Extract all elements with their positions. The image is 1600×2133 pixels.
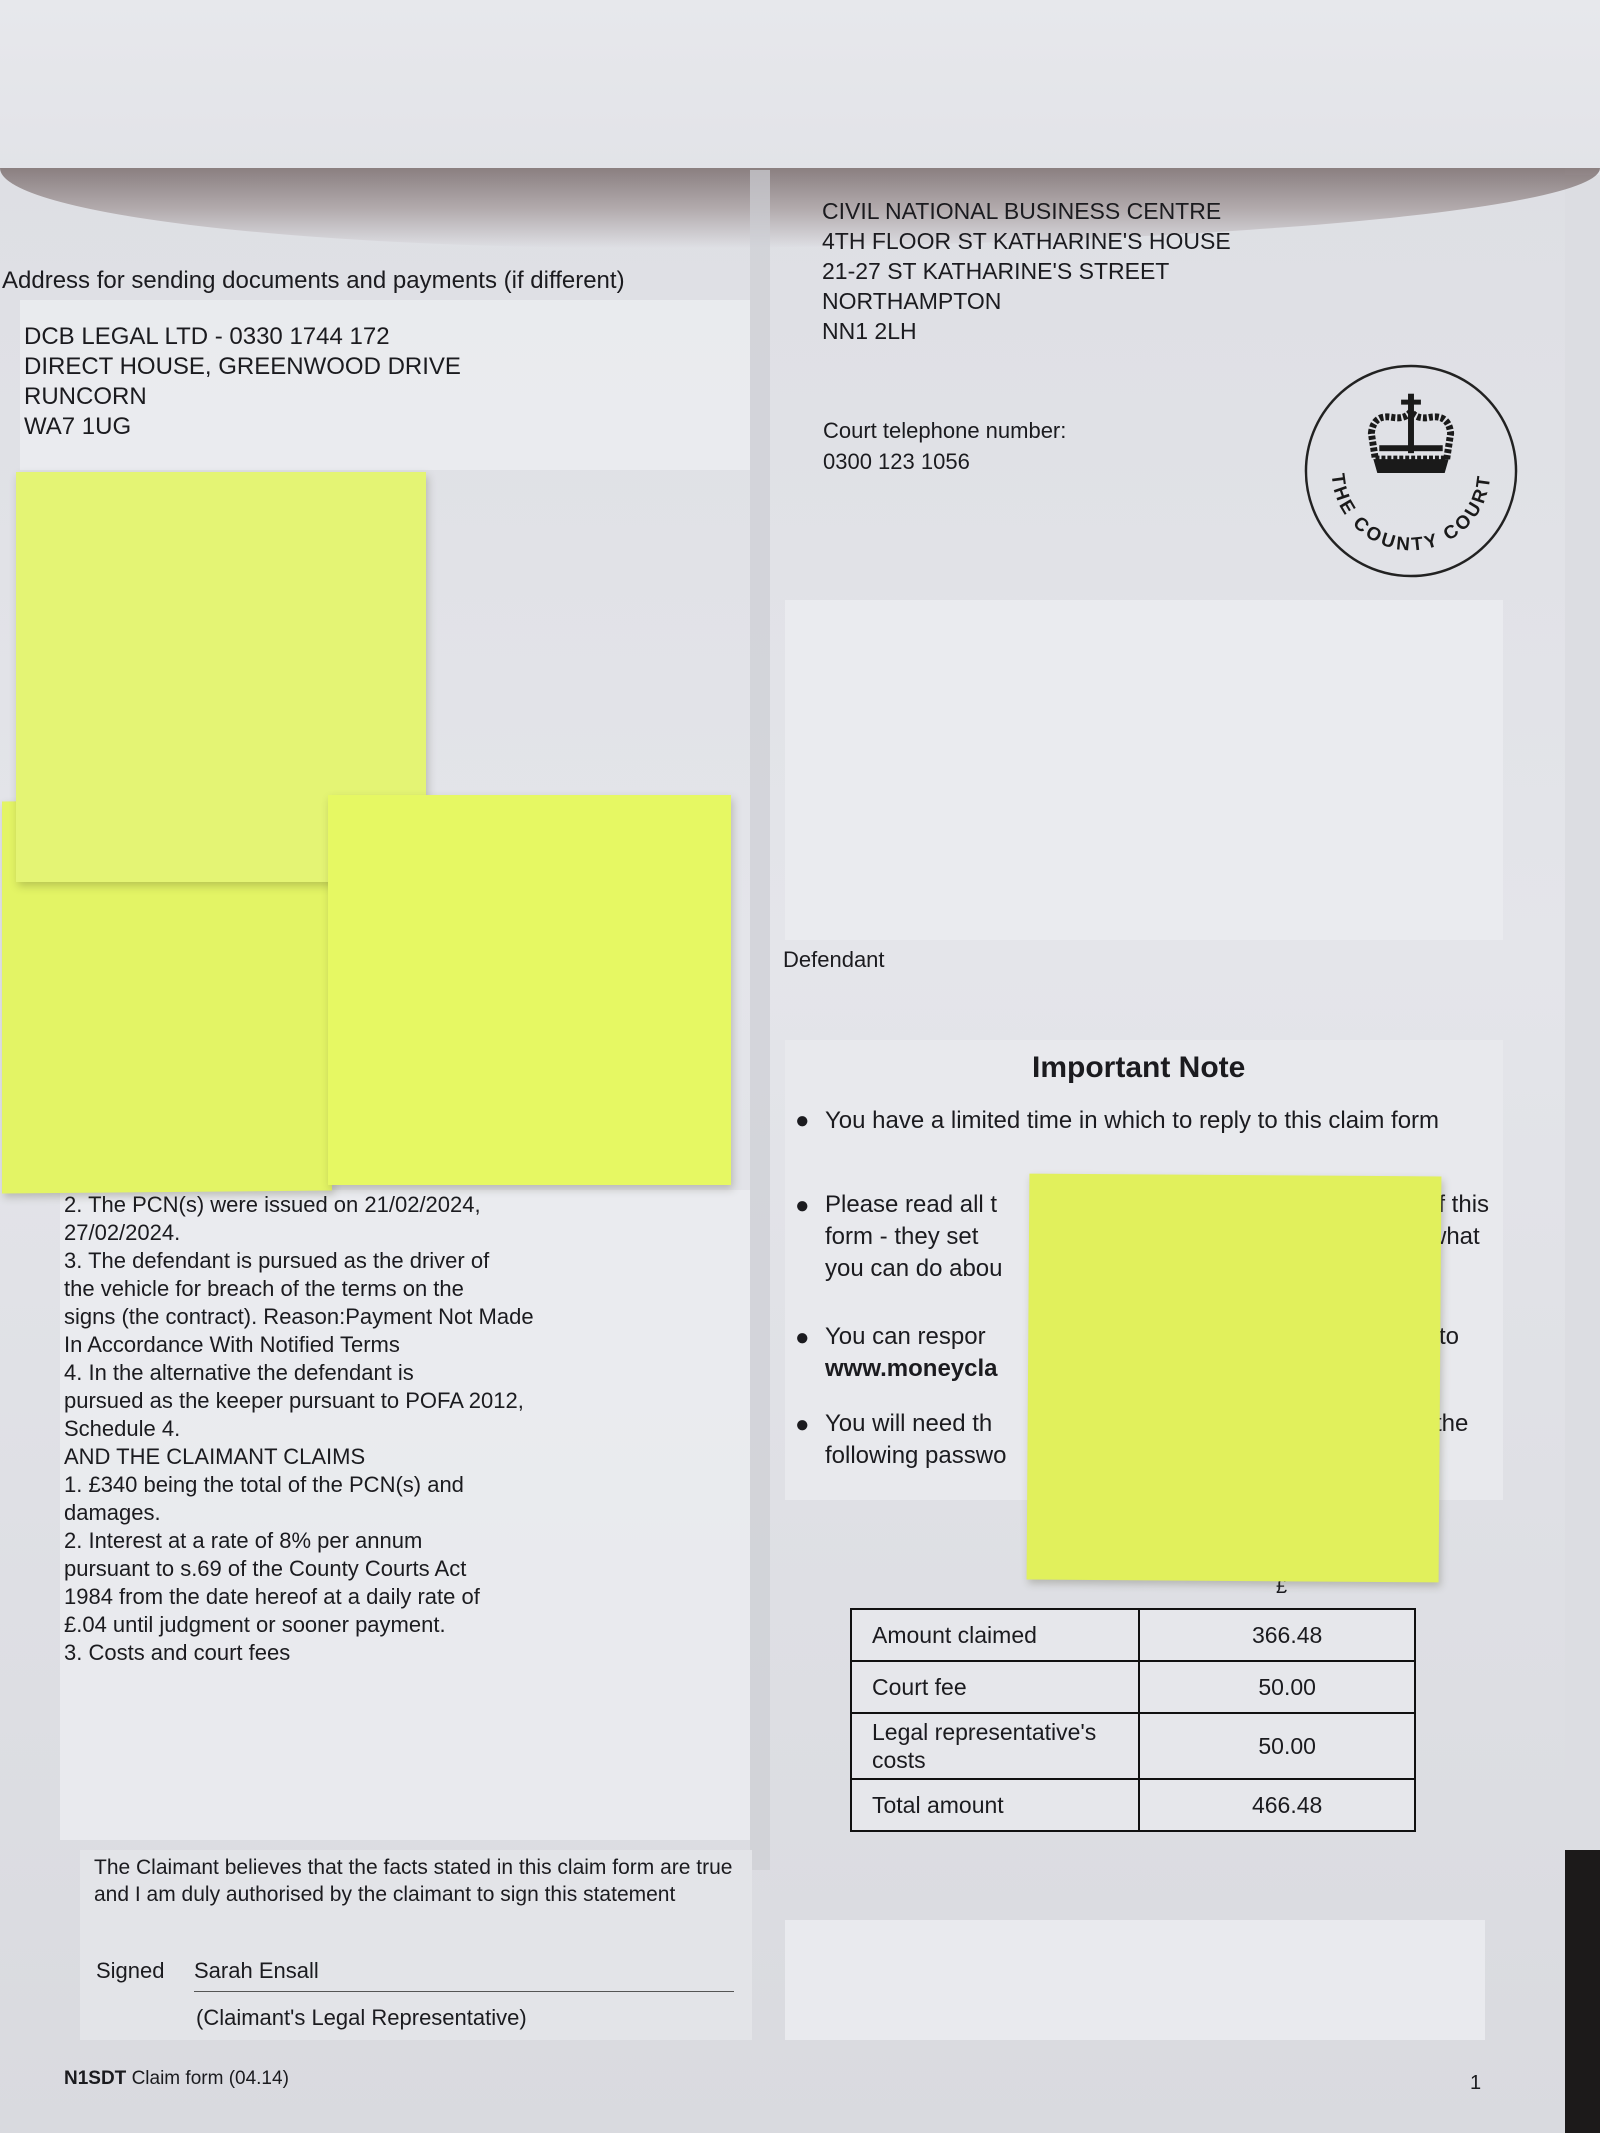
note-bullet-text: You will need th (825, 1409, 992, 1439)
note-bullet-text: the (1435, 1409, 1468, 1439)
sticky-note (1027, 1174, 1442, 1583)
amount-row: Total amount466.48 (851, 1779, 1415, 1831)
particulars-line: 2. Interest at a rate of 8% per annum (64, 1527, 534, 1555)
court-address-line: 4TH FLOOR ST KATHARINE'S HOUSE (822, 226, 1231, 256)
send-address: DCB LEGAL LTD - 0330 1744 172 DIRECT HOU… (24, 322, 461, 442)
amount-label: Total amount (851, 1779, 1139, 1831)
signed-name: Sarah Ensall (194, 1956, 319, 1986)
statement-of-truth-text: The Claimant believes that the facts sta… (94, 1854, 754, 1908)
form-identifier: N1SDT Claim form (04.14) (64, 2064, 289, 2094)
particulars-line: the vehicle for breach of the terms on t… (64, 1275, 534, 1303)
particulars-line: 3. Costs and court fees (64, 1639, 534, 1667)
important-note-title: Important Note (1032, 1050, 1245, 1086)
county-court-seal: THE COUNTY COURT (1302, 362, 1520, 580)
bullet-icon: ● (795, 1105, 810, 1137)
note-bullet-text: You can respor (825, 1322, 986, 1352)
amount-value: 50.00 (1139, 1713, 1415, 1779)
background-edge (1565, 1850, 1600, 2133)
note-bullet-text: you can do abou (825, 1254, 1002, 1284)
particulars-line: AND THE CLAIMANT CLAIMS (64, 1443, 534, 1471)
particulars-line: £.04 until judgment or sooner payment. (64, 1611, 534, 1639)
defendant-label: Defendant (783, 945, 885, 975)
note-bullet-text: You have a limited time in which to repl… (825, 1105, 1465, 1137)
particulars-of-claim: 2. The PCN(s) were issued on 21/02/2024,… (64, 1191, 534, 1667)
particulars-line: 1. £340 being the total of the PCN(s) an… (64, 1471, 534, 1499)
form-name: Claim form (04.14) (132, 2068, 289, 2089)
court-address: CIVIL NATIONAL BUSINESS CENTRE 4TH FLOOR… (822, 196, 1231, 346)
amount-label: Legal representative's costs (851, 1713, 1139, 1779)
court-telephone-label: Court telephone number: (823, 416, 1066, 446)
note-bullet-text: following passwo (825, 1441, 1006, 1471)
particulars-line: pursuant to s.69 of the County Courts Ac… (64, 1555, 534, 1583)
amount-value: 466.48 (1139, 1779, 1415, 1831)
send-address-line: WA7 1UG (24, 412, 461, 442)
lower-right-panel (785, 1920, 1485, 2040)
guidance-panel (785, 600, 1503, 940)
send-address-line: RUNCORN (24, 382, 461, 412)
particulars-line: Schedule 4. (64, 1415, 534, 1443)
note-bullet-text: form - they set (825, 1222, 978, 1252)
amount-value: 366.48 (1139, 1609, 1415, 1661)
bullet-icon: ● (795, 1409, 810, 1441)
particulars-line: In Accordance With Notified Terms (64, 1331, 534, 1359)
particulars-line: 3. The defendant is pursued as the drive… (64, 1247, 534, 1275)
court-telephone-number: 0300 123 1056 (823, 447, 970, 477)
court-address-line: 21-27 ST KATHARINE'S STREET (822, 256, 1231, 286)
particulars-line: 2. The PCN(s) were issued on 21/02/2024, (64, 1191, 534, 1219)
page-number: 1 (1470, 2068, 1481, 2098)
amounts-table: Amount claimed366.48Court fee50.00Legal … (850, 1608, 1416, 1832)
note-bullet-text: to (1439, 1322, 1459, 1352)
particulars-line: signs (the contract). Reason:Payment Not… (64, 1303, 534, 1331)
amount-row: Court fee50.00 (851, 1661, 1415, 1713)
particulars-line: 27/02/2024. (64, 1219, 534, 1247)
particulars-line: damages. (64, 1499, 534, 1527)
send-address-title: Address for sending documents and paymen… (2, 266, 625, 296)
seal-text: THE COUNTY COURT (1328, 472, 1495, 555)
signatory-role: (Claimant's Legal Representative) (196, 2003, 527, 2033)
form-code: N1SDT (64, 2068, 126, 2089)
amount-label: Court fee (851, 1661, 1139, 1713)
svg-text:THE COUNTY COURT: THE COUNTY COURT (1328, 472, 1495, 555)
note-bullet-text: Please read all t (825, 1190, 997, 1220)
amount-label: Amount claimed (851, 1609, 1139, 1661)
amount-row: Amount claimed366.48 (851, 1609, 1415, 1661)
court-address-line: NN1 2LH (822, 316, 1231, 346)
signed-label: Signed (96, 1956, 165, 1986)
send-address-line: DCB LEGAL LTD - 0330 1744 172 (24, 322, 461, 352)
sticky-note (328, 795, 731, 1185)
particulars-line: pursued as the keeper pursuant to POFA 2… (64, 1387, 534, 1415)
amount-row: Legal representative's costs50.00 (851, 1713, 1415, 1779)
moneyclaim-link[interactable]: www.moneycla (825, 1354, 998, 1384)
form-divider (750, 170, 770, 1870)
note-bullet: ● You have a limited time in which to re… (795, 1105, 1455, 1169)
back-sheet (0, 0, 1600, 175)
crown-icon (1371, 394, 1450, 473)
court-address-line: NORTHAMPTON (822, 286, 1231, 316)
amount-value: 50.00 (1139, 1661, 1415, 1713)
particulars-line: 1984 from the date hereof at a daily rat… (64, 1583, 534, 1611)
court-address-line: CIVIL NATIONAL BUSINESS CENTRE (822, 196, 1231, 226)
particulars-line: 4. In the alternative the defendant is (64, 1359, 534, 1387)
bullet-icon: ● (795, 1190, 810, 1222)
bullet-icon: ● (795, 1322, 810, 1354)
signature-line (194, 1991, 734, 1992)
send-address-line: DIRECT HOUSE, GREENWOOD DRIVE (24, 352, 461, 382)
